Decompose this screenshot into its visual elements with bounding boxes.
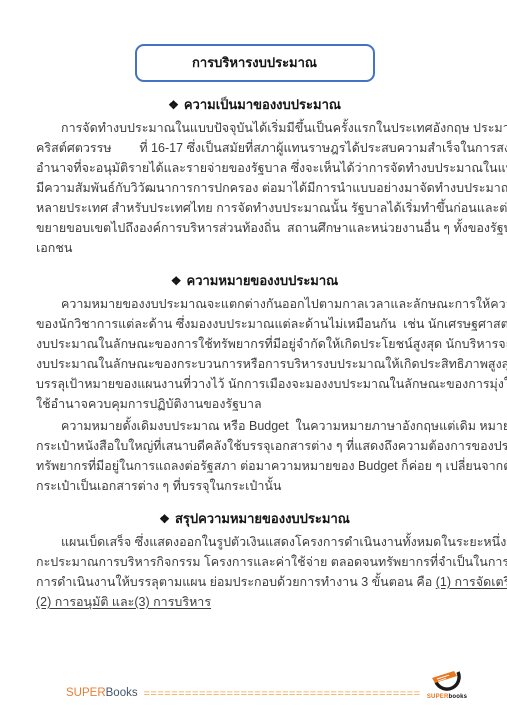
text-line: กระเป๋าหนังสือใบใหญ่ที่เสนาบดีคลังใช้บรร…: [36, 436, 473, 456]
section-heading-origin: ❖ความเป็นมาของงบประมาณ: [36, 94, 473, 116]
text-line: คริสต์ศตวรรษ ที่ 16-17 ซึ่งเป็นสมัยที่สภ…: [36, 138, 473, 158]
logo-text-books: books: [449, 694, 468, 700]
text-line: งบประมาณในลักษณะของกระบวนการหรือการบริหา…: [36, 354, 473, 374]
document-page: การบริหารงบประมาณ ❖ความเป็นมาของงบประมาณ…: [36, 0, 473, 612]
logo-text-super: SUPER: [427, 694, 449, 700]
footer-brand-books: Books: [106, 687, 138, 699]
text-line: แผนเบ็ดเสร็จ ซึ่งแสดงออกในรูปตัวเงินแสดง…: [36, 532, 473, 552]
section-heading-text: สรุปความหมายของงบประมาณ: [175, 511, 350, 526]
text-line: กะประมาณการบริหารกิจกรรม โครงการและค่าใช…: [36, 552, 473, 572]
section-heading-text: ความหมายของงบประมาณ: [187, 273, 339, 288]
text-line: ความหมายของงบประมาณจะแตกต่างกันออกไปตามก…: [36, 294, 473, 314]
text-line: การจัดทำงบประมาณในแบบปัจจุบันได้เริ่มมีข…: [36, 118, 473, 138]
paragraph: แผนเบ็ดเสร็จ ซึ่งแสดงออกในรูปตัวเงินแสดง…: [36, 532, 473, 612]
text-line: ความหมายดั้งเดิมงบประมาณ หรือ Budget ในค…: [36, 416, 473, 436]
text-line: กระเป๋าเป็นเอกสารต่าง ๆ ที่บรรจุในกระเป๋…: [36, 476, 473, 496]
text-line: (2) การอนุมัติ และ(3) การบริหาร: [36, 592, 473, 612]
text-line: ใช้อำนาจควบคุมการปฏิบัติงานของรัฐบาล: [36, 394, 473, 414]
text-line: ของนักวิชาการแต่ละด้าน ซึ่งมองงบประมาณแต…: [36, 314, 473, 334]
text-line: หลายประเทศ สำหรับประเทศไทย การจัดทำงบประ…: [36, 198, 473, 218]
paragraph: ความหมายของงบประมาณจะแตกต่างกันออกไปตามก…: [36, 294, 473, 414]
underlined-text: (1) การจัดเตรียม: [436, 575, 507, 589]
text-segment: การดำเนินงานให้บรรลุตามแผน ย่อมประกอบด้ว…: [36, 575, 436, 589]
text-line: มีความสัมพันธ์กับวิวัฒนาการการปกครอง ต่อ…: [36, 178, 473, 198]
paragraph: การจัดทำงบประมาณในแบบปัจจุบันได้เริ่มมีข…: [36, 118, 473, 258]
paragraph: ความหมายดั้งเดิมงบประมาณ หรือ Budget ในค…: [36, 416, 473, 496]
section-heading-summary: ❖สรุปความหมายของงบประมาณ: [36, 508, 473, 530]
diamond-bullet-icon: ❖: [171, 274, 182, 288]
diamond-bullet-icon: ❖: [168, 98, 179, 112]
superbooks-logo: SUPERbooks: [425, 667, 469, 701]
underlined-text: (2) การอนุมัติ และ(3) การบริหาร: [36, 595, 211, 609]
footer-brand-super: SUPER: [66, 687, 106, 699]
text-line: บรรลุเป้าหมายของแผนงานที่วางไว้ นักการเม…: [36, 374, 473, 394]
footer-divider-dashes: ========================================…: [144, 688, 420, 700]
section-heading-meaning: ❖ความหมายของงบประมาณ: [36, 270, 473, 292]
text-line: ทรัพยากรที่มีอยู่ในการแถลงต่อรัฐสภา ต่อม…: [36, 456, 473, 476]
superbooks-logo-text: SUPERbooks: [425, 694, 469, 701]
section-heading-text: ความเป็นมาของงบประมาณ: [184, 97, 341, 112]
text-line: การดำเนินงานให้บรรลุตามแผน ย่อมประกอบด้ว…: [36, 572, 473, 592]
page-title: การบริหารงบประมาณ: [135, 44, 375, 82]
page-footer: SUPERBooks =============================…: [66, 667, 469, 701]
diamond-bullet-icon: ❖: [159, 512, 170, 526]
text-line: งบประมาณในลักษณะของการใช้ทรัพยากรที่มีอย…: [36, 334, 473, 354]
footer-brand: SUPERBooks: [66, 683, 138, 701]
text-line: เอกชน: [36, 238, 473, 258]
text-line: อำนาจที่จะอนุมัติรายได้และรายจ่ายของรัฐบ…: [36, 158, 473, 178]
text-line: ขยายขอบเขตไปถึงองค์การบริหารส่วนท้องถิ่น…: [36, 218, 473, 238]
superbooks-logo-icon: [429, 667, 465, 694]
